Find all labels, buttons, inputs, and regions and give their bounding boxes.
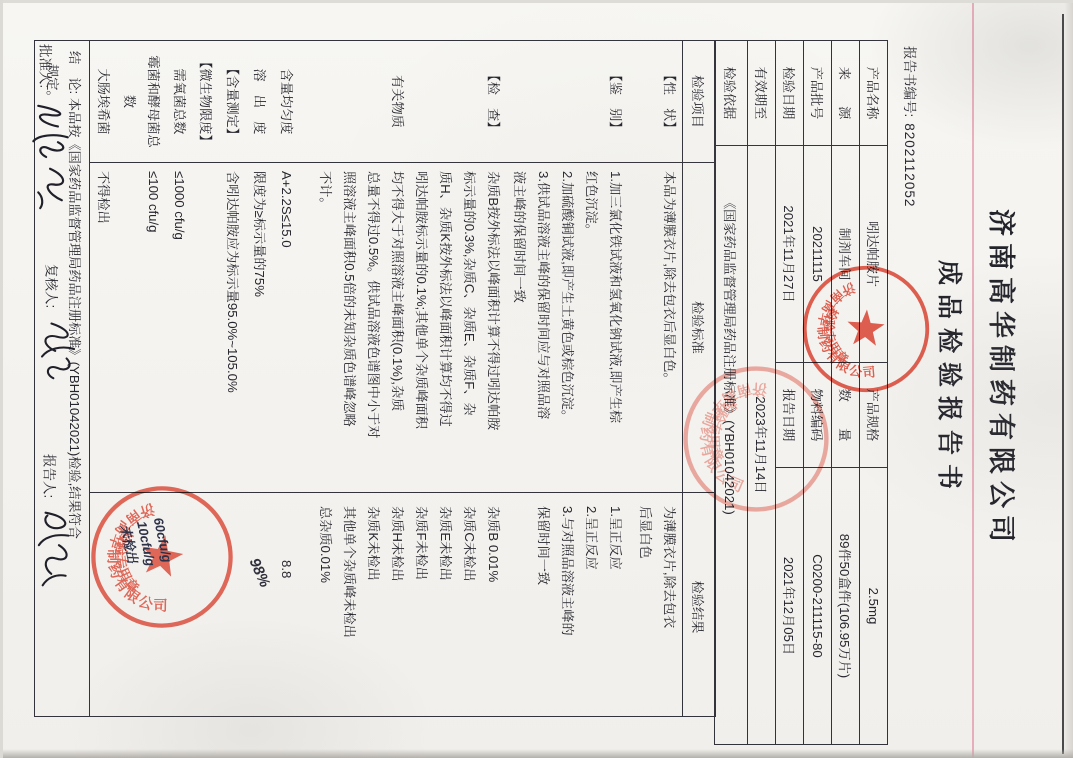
table-row: 产品批号 20211115 物料编码 C0200-211115-80 — [804, 41, 832, 745]
info-value-cell: 2.5mg — [860, 468, 888, 745]
table-row: 含量均匀度 A+2.2S≤15.0 8.8 — [272, 41, 299, 717]
report-number-line: 报告书编号:8202112052 — [901, 46, 921, 207]
standard-cell: A+2.2S≤15.0 — [272, 163, 299, 493]
table-row: 【含量测定】 含吲达帕胺应为标示量95.0%~105.0% — [218, 41, 245, 717]
reviewer-signature — [36, 316, 82, 382]
approver-block: 批准人: — [28, 44, 60, 214]
result-cell: 8.8 — [272, 493, 299, 717]
result-cell: 1.呈正反应 2.呈正反应 3.与对照品溶液主峰的 保留时间一致 — [506, 493, 628, 717]
company-title: 济南高华制药有限公司 — [984, 0, 1023, 758]
table-row: 产品名称 吲达帕胺片 产品规格 2.5mg — [860, 41, 888, 745]
info-value-cell: 吲达帕胺片 — [860, 146, 888, 363]
content-uniformity-result: 8.8 — [274, 560, 298, 578]
product-info-table: 产品名称 吲达帕胺片 产品规格 2.5mg 来 源 制剂车间 数 量 89件50… — [714, 40, 888, 745]
dissolution-result-handwritten: 98% — [245, 554, 272, 591]
standard-cell: 限度为≥标示量的75% — [245, 163, 272, 493]
basis-label-cell: 检验依据 — [715, 41, 748, 146]
item-cell: 含量均匀度 — [272, 41, 299, 163]
report-number-value: 8202112052 — [902, 123, 917, 207]
info-value-cell: 89件50盒件(106.95万片) — [832, 468, 860, 745]
standard-cell: ≤1000 cfu/g — [166, 163, 192, 493]
table-row: 大肠埃希菌 不得检出 — [89, 41, 116, 717]
table-row: 有效期至 2023年11月14日 — [748, 41, 776, 745]
column-header-standard: 检验标准 — [682, 163, 715, 493]
reporter-signature — [34, 506, 80, 592]
info-value-cell: 制剂车间 — [832, 146, 860, 363]
item-cell: 【微生物限度】 — [192, 41, 218, 163]
column-header-result: 检验结果 — [682, 493, 715, 717]
item-cell: 霉菌和酵母菌总数 — [116, 41, 166, 163]
result-cell: 98% — [245, 493, 272, 717]
table-row: 【微生物限度】 — [192, 41, 218, 717]
standard-cell: 杂质B按外标法以峰面积计算不得过吲达帕胺 标示量的0.3%,杂质C、杂质E、杂质… — [299, 163, 506, 493]
item-cell: 【鉴 别】 — [506, 41, 628, 163]
info-label-cell: 报告日期 — [776, 363, 804, 468]
reporter-label: 报告人: — [41, 454, 56, 498]
info-value-cell: 2021年11月27日 — [776, 146, 804, 363]
approver-signature — [28, 96, 78, 214]
standard-cell: 不得检出 — [89, 163, 116, 493]
result-cell: 杂质B 0.01% 杂质C未检出 杂质E未检出 杂质F未检出 杂质H未检出 杂质… — [299, 493, 506, 717]
standard-cell: ≤100 cfu/g — [116, 163, 166, 493]
table-row: 溶 出 度 限度为≥标示量的75% 98% — [245, 41, 272, 717]
item-cell: 溶 出 度 — [245, 41, 272, 163]
info-label-cell: 来 源 — [832, 41, 860, 146]
standard-cell: 本品为薄膜衣片,除去包衣后显白色。 — [628, 163, 683, 493]
item-cell: 需氧菌总数 — [166, 41, 192, 163]
result-cell: 为薄膜衣片,除去包衣 后显白色 — [628, 493, 683, 717]
result-cell — [89, 493, 116, 717]
rotated-page-wrapper: 济南高华制药有限公司 成品检验报告书 报告书编号:8202112052 产品名称… — [0, 0, 1073, 758]
reviewer-block: 复核人: — [36, 264, 64, 382]
red-rule-line — [972, 0, 974, 758]
info-label-cell: 数 量 — [832, 363, 860, 468]
table-row: 来 源 制剂车间 数 量 89件50盒件(106.95万片) — [832, 41, 860, 745]
item-cell: 【检 查】 有关物质 — [299, 41, 506, 163]
standard-cell: 1.加三氯化铁试液和氢氧化钠试液,即产生棕 红色沉淀。 2.加硫酸铜试液,即产生… — [506, 163, 628, 493]
basis-value-cell: 《国家药品监督管理局药品注册标准》(YBH01042021) — [715, 146, 748, 745]
info-value-cell: C0200-211115-80 — [804, 468, 832, 745]
info-value-cell: 2021年12月05日 — [776, 468, 804, 745]
result-cell — [218, 493, 245, 717]
standard-cell — [192, 163, 218, 493]
document-title: 成品检验报告书 — [933, 0, 969, 758]
table-row: 检验依据 《国家药品监督管理局药品注册标准》(YBH01042021) — [715, 41, 748, 745]
table-header-row: 检验项目 检验标准 检验结果 — [682, 41, 715, 717]
table-row: 【性 状】 本品为薄膜衣片,除去包衣后显白色。 为薄膜衣片,除去包衣 后显白色 — [628, 41, 683, 717]
item-cell: 大肠埃希菌 — [89, 41, 116, 163]
item-cell: 【性 状】 — [628, 41, 683, 163]
report-number-label: 报告书编号: — [902, 46, 917, 117]
reporter-block: 报告人: — [34, 454, 62, 592]
scanned-report-canvas: 济南高华制药有限公司 成品检验报告书 报告书编号:8202112052 产品名称… — [0, 0, 1073, 758]
signature-row: 批准人: 复核人: 报告人: — [8, 40, 74, 718]
standard-cell: 含吲达帕胺应为标示量95.0%~105.0% — [218, 163, 245, 493]
table-row: 【检 查】 有关物质 杂质B按外标法以峰面积计算不得过吲达帕胺 标示量的0.3%… — [299, 41, 506, 717]
reviewer-label: 复核人: — [43, 264, 58, 308]
info-label-cell: 物料编码 — [804, 363, 832, 468]
info-value-cell: 2023年11月14日 — [748, 146, 776, 745]
info-label-cell: 检验日期 — [776, 41, 804, 146]
info-label-cell: 有效期至 — [748, 41, 776, 146]
info-label-cell: 产品批号 — [804, 41, 832, 146]
report-page: 济南高华制药有限公司 成品检验报告书 报告书编号:8202112052 产品名称… — [0, 0, 1073, 758]
table-row: 检验日期 2021年11月27日 报告日期 2021年12月05日 — [776, 41, 804, 745]
info-value-cell: 20211115 — [804, 146, 832, 363]
info-label-cell: 产品规格 — [860, 363, 888, 468]
table-row: 【鉴 别】 1.加三氯化铁试液和氢氧化钠试液,即产生棕 红色沉淀。 2.加硫酸铜… — [506, 41, 628, 717]
column-header-item: 检验项目 — [682, 41, 715, 163]
info-label-cell: 产品名称 — [860, 41, 888, 146]
result-cell — [192, 493, 218, 717]
approver-label: 批准人: — [37, 44, 52, 88]
item-cell: 【含量测定】 — [218, 41, 245, 163]
